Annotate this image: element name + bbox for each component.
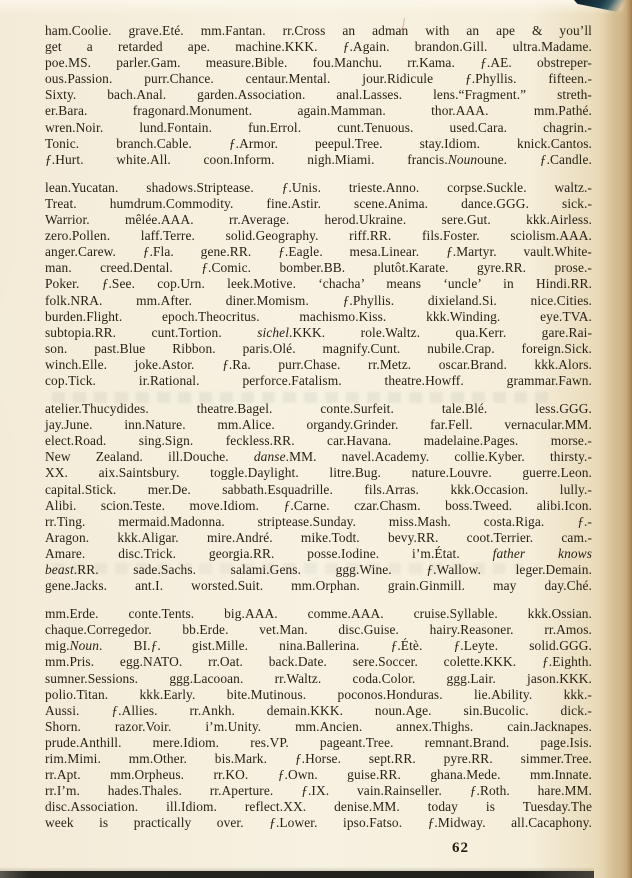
scan-bottom-border — [0, 871, 594, 878]
text-line: folk.NRA. mm.After. diner.Momism. ƒ.Phyl… — [45, 293, 592, 309]
text-line: Poker. ƒ.See. cop.Urn. leek.Motive. ‘cha… — [45, 276, 592, 292]
text-line: sumner.Sessions. ggg.Lacooan. rr.Waltz. … — [45, 671, 592, 687]
scanned-book-page: ham.Coolie. grave.Eté. mm.Fantan. rr.Cro… — [0, 0, 632, 878]
text-line: elect.Road. sing.Sign. feckless.RR. car.… — [45, 433, 592, 449]
text-line: cop.Tick. ir.Rational. perforce.Fatalism… — [45, 373, 592, 389]
text-line: burden.Flight. epoch.Theocritus. machism… — [45, 309, 592, 325]
text-line: XX. aix.Saintsbury. toggle.Daylight. lit… — [45, 465, 592, 481]
text-line: man. creed.Dental. ƒ.Comic. bomber.BB. p… — [45, 260, 592, 276]
text-line: Warrior. mêlée.AAA. rr.Average. herod.Uk… — [45, 212, 592, 228]
text-line: New Zealand. ill.Douche. danse.MM. navel… — [45, 449, 592, 465]
page-curl-shading — [602, 0, 632, 878]
text-line: beast.RR. sade.Sachs. salami.Gens. ggg.W… — [45, 562, 592, 578]
paragraph: mm.Erde. conte.Tents. big.AAA. comme.AAA… — [45, 606, 592, 831]
text-line: ƒ.Hurt. white.All. coon.Inform. nigh.Mia… — [45, 152, 592, 168]
text-line: Treat. humdrum.Commodity. fine.Astir. sc… — [45, 196, 592, 212]
text-line: Amare. disc.Trick. georgia.RR. posse.Iod… — [45, 546, 592, 562]
text-line: jay.June. inn.Nature. mm.Alice. organdy.… — [45, 417, 592, 433]
text-line: Alibi. scion.Teste. move.Idiom. ƒ.Carne.… — [45, 498, 592, 514]
text-line: zero.Pollen. laff.Terre. solid.Geography… — [45, 228, 592, 244]
text-line: rim.Mimi. mm.Other. bis.Mark. ƒ.Horse. s… — [45, 751, 592, 767]
text-line: polio.Titan. kkk.Early. bite.Mutinous. p… — [45, 687, 592, 703]
text-line: rr.I’m. hades.Thales. rr.Aperture. ƒ.IX.… — [45, 783, 592, 799]
text-line: Shorn. razor.Voir. i’m.Unity. mm.Ancien.… — [45, 719, 592, 735]
text-line: er.Bara. fragonard.Monument. again.Mamma… — [45, 103, 592, 119]
text-line: mig.Noun. BI.ƒ. gist.Mille. nina.Balleri… — [45, 638, 592, 654]
text-line: disc.Association. ill.Idiom. reflect.XX.… — [45, 799, 592, 815]
text-line: Aragon. kkk.Aligar. mire.André. mike.Tod… — [45, 530, 592, 546]
text-line: ous.Passion. purr.Chance. centaur.Mental… — [45, 71, 592, 87]
paragraph: atelier.Thucydides. theatre.Bagel. conte… — [45, 401, 592, 594]
text-line: anger.Carew. ƒ.Fla. gene.RR. ƒ.Eagle. me… — [45, 244, 592, 260]
scan-top-light-edge — [0, 0, 632, 14]
text-line: get a retarded ape. machine.KKK. ƒ.Again… — [45, 39, 592, 55]
text-line: son. past.Blue Ribbon. paris.Olé. magnif… — [45, 341, 592, 357]
text-line: prude.Anthill. mere.Idiom. res.VP. pagea… — [45, 735, 592, 751]
text-line: subtopia.RR. cunt.Tortion. sichel.KKK. r… — [45, 325, 592, 341]
text-line: Aussi. ƒ.Allies. rr.Ankh. demain.KKK. no… — [45, 703, 592, 719]
text-line: Sixty. bach.Anal. garden.Association. an… — [45, 87, 592, 103]
page-text: ham.Coolie. grave.Eté. mm.Fantan. rr.Cro… — [45, 23, 592, 844]
text-line: chaque.Corregedor. bb.Erde. vet.Man. dis… — [45, 622, 592, 638]
text-line: rr.Apt. mm.Orpheus. rr.KO. ƒ.Own. guise.… — [45, 767, 592, 783]
text-line: atelier.Thucydides. theatre.Bagel. conte… — [45, 401, 592, 417]
text-line: mm.Erde. conte.Tents. big.AAA. comme.AAA… — [45, 606, 592, 622]
text-line: mm.Pris. egg.NATO. rr.Oat. back.Date. se… — [45, 654, 592, 670]
text-line: ham.Coolie. grave.Eté. mm.Fantan. rr.Cro… — [45, 23, 592, 39]
text-line: capital.Stick. mer.De. sabbath.Esquadril… — [45, 482, 592, 498]
text-line: gene.Jacks. ant.I. worsted.Suit. mm.Orph… — [45, 578, 592, 594]
text-line: lean.Yucatan. shadows.Striptease. ƒ.Unis… — [45, 180, 592, 196]
paragraph: lean.Yucatan. shadows.Striptease. ƒ.Unis… — [45, 180, 592, 389]
text-line: wren.Noir. lund.Fontain. fun.Errol. cunt… — [45, 120, 592, 136]
text-line: week is practically over. ƒ.Lower. ipso.… — [45, 815, 592, 831]
text-line: Tonic. branch.Cable. ƒ.Armor. peepul.Tre… — [45, 136, 592, 152]
text-line: winch.Elle. joke.Astor. ƒ.Ra. purr.Chase… — [45, 357, 592, 373]
text-line: poe.MS. parler.Gam. measure.Bible. fou.M… — [45, 55, 592, 71]
text-line: rr.Ting. mermaid.Madonna. striptease.Sun… — [45, 514, 592, 530]
paragraph: ham.Coolie. grave.Eté. mm.Fantan. rr.Cro… — [45, 23, 592, 168]
page-number: 62 — [452, 840, 469, 857]
